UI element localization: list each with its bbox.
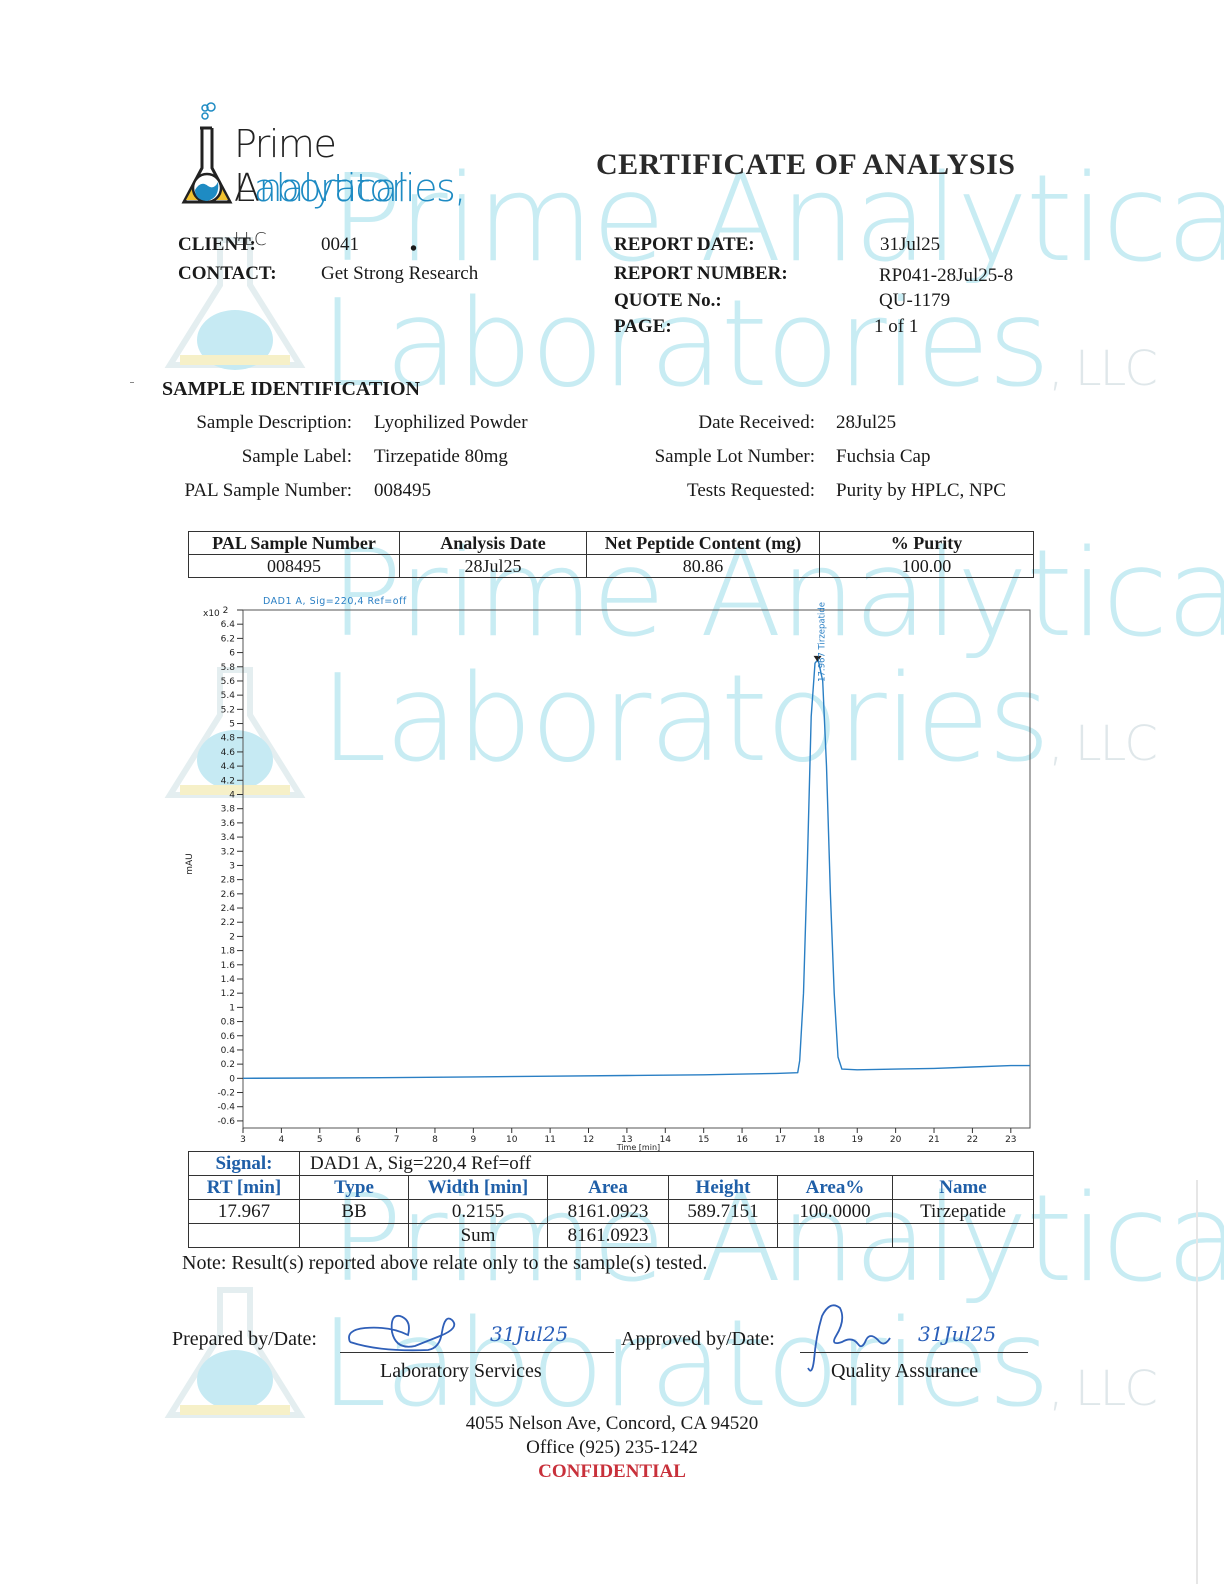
- header-type: Type: [300, 1176, 409, 1200]
- page-value: 1 of 1: [874, 316, 918, 338]
- svg-text:x10 2: x10 2: [203, 606, 228, 619]
- signal-label: Signal:: [189, 1152, 300, 1176]
- svg-text:2.4: 2.4: [221, 904, 236, 914]
- cell-empty: [778, 1224, 893, 1248]
- cell-area-percent: 100.0000: [778, 1200, 893, 1224]
- svg-text:5: 5: [317, 1135, 323, 1145]
- svg-text:11: 11: [544, 1135, 555, 1145]
- svg-text:2.6: 2.6: [221, 890, 236, 900]
- sample-label-value: Tirzepatide 80mg: [374, 446, 508, 468]
- footer-address: 4055 Nelson Ave, Concord, CA 94520: [0, 1413, 1224, 1435]
- svg-text:4: 4: [229, 790, 235, 800]
- header-net-peptide-content: Net Peptide Content (mg): [587, 532, 820, 555]
- contact-value: Get Strong Research: [321, 263, 478, 285]
- cell-rt: 17.967: [189, 1200, 300, 1224]
- results-header-row: RT [min] Type Width [min] Area Height Ar…: [189, 1176, 1034, 1200]
- report-date-value: 31Jul25: [880, 234, 940, 256]
- sample-label-label: Sample Label:: [152, 446, 352, 468]
- svg-text:10: 10: [506, 1135, 518, 1145]
- svg-text:3: 3: [240, 1135, 246, 1145]
- svg-text:0.4: 0.4: [221, 1046, 236, 1056]
- cell-empty: [300, 1224, 409, 1248]
- svg-text:-0.6: -0.6: [217, 1117, 235, 1127]
- svg-text:-0.4: -0.4: [217, 1103, 235, 1113]
- cell-sum-label: Sum: [409, 1224, 548, 1248]
- header-analysis-date: Analysis Date: [400, 532, 587, 555]
- cell-pal-sample-number: 008495: [189, 555, 400, 578]
- sample-description-label: Sample Description:: [152, 412, 352, 434]
- header-name: Name: [893, 1176, 1034, 1200]
- svg-text:4.8: 4.8: [221, 734, 236, 744]
- svg-text:21: 21: [928, 1135, 939, 1145]
- stray-mark: •: [410, 238, 417, 261]
- svg-text:4.4: 4.4: [221, 762, 236, 772]
- svg-text:3.2: 3.2: [221, 847, 235, 857]
- svg-text:4: 4: [279, 1135, 285, 1145]
- results-table: Signal: DAD1 A, Sig=220,4 Ref=off RT [mi…: [188, 1151, 1034, 1248]
- svg-text:7: 7: [394, 1135, 400, 1145]
- cell-empty: [669, 1224, 778, 1248]
- svg-text:8: 8: [432, 1135, 438, 1145]
- results-data-row: 17.967 BB 0.2155 8161.0923 589.7151 100.…: [189, 1200, 1034, 1224]
- client-value: 0041: [321, 234, 359, 256]
- svg-text:1.2: 1.2: [221, 989, 235, 999]
- quote-value: QU-1179: [879, 290, 950, 312]
- svg-text:1.4: 1.4: [221, 975, 236, 985]
- svg-text:4.2: 4.2: [221, 776, 235, 786]
- svg-text:20: 20: [890, 1135, 902, 1145]
- svg-text:4.6: 4.6: [221, 748, 236, 758]
- report-number-label: REPORT NUMBER:: [614, 263, 788, 285]
- svg-text:5: 5: [229, 720, 235, 730]
- svg-text:1.6: 1.6: [221, 961, 236, 971]
- date-received-label: Date Received:: [615, 412, 815, 434]
- footer-phone: Office (925) 235-1242: [0, 1437, 1224, 1459]
- svg-text:5.8: 5.8: [221, 663, 236, 673]
- sample-lot-number-value: Fuchsia Cap: [836, 446, 930, 468]
- svg-text:0.2: 0.2: [221, 1060, 235, 1070]
- signal-value: DAD1 A, Sig=220,4 Ref=off: [300, 1152, 1034, 1176]
- svg-text:5.4: 5.4: [221, 691, 236, 701]
- svg-text:5.2: 5.2: [221, 705, 235, 715]
- svg-text:-0.2: -0.2: [217, 1089, 235, 1099]
- prepared-date: 31Jul25: [490, 1322, 568, 1346]
- results-sum-row: Sum 8161.0923: [189, 1224, 1034, 1248]
- svg-text:23: 23: [1005, 1135, 1016, 1145]
- svg-text:17.967 Tirzepatide: 17.967 Tirzepatide: [818, 602, 828, 682]
- svg-text:3.8: 3.8: [221, 805, 236, 815]
- sample-lot-number-label: Sample Lot Number:: [615, 446, 815, 468]
- svg-text:12: 12: [583, 1135, 594, 1145]
- signal-row: Signal: DAD1 A, Sig=220,4 Ref=off: [189, 1152, 1034, 1176]
- document-title: CERTIFICATE OF ANALYSIS: [596, 148, 1015, 182]
- svg-text:3: 3: [229, 861, 235, 871]
- cell-width: 0.2155: [409, 1200, 548, 1224]
- contact-label: CONTACT:: [178, 263, 277, 285]
- svg-text:22: 22: [967, 1135, 978, 1145]
- svg-text:16: 16: [736, 1135, 748, 1145]
- date-received-value: 28Jul25: [836, 412, 896, 434]
- report-number-value: RP041-28Jul25-8: [879, 265, 1013, 287]
- header-width: Width [min]: [409, 1176, 548, 1200]
- cell-name: Tirzepatide: [893, 1200, 1034, 1224]
- summary-data-row: 008495 28Jul25 80.86 100.00: [189, 555, 1034, 578]
- sample-identification-title: SAMPLE IDENTIFICATION: [162, 378, 420, 401]
- pal-sample-number-value: 008495: [374, 480, 431, 502]
- svg-text:3.4: 3.4: [221, 833, 236, 843]
- header-area-percent: Area%: [778, 1176, 893, 1200]
- svg-text:0.6: 0.6: [221, 1032, 236, 1042]
- cell-empty: [893, 1224, 1034, 1248]
- svg-text:0: 0: [229, 1074, 235, 1084]
- header-rt: RT [min]: [189, 1176, 300, 1200]
- quote-label: QUOTE No.:: [614, 290, 722, 312]
- svg-text:2: 2: [229, 932, 235, 942]
- svg-text:6.4: 6.4: [221, 620, 236, 630]
- client-label: CLIENT:: [178, 234, 256, 256]
- svg-text:15: 15: [698, 1135, 709, 1145]
- header-pal-sample-number: PAL Sample Number: [189, 532, 400, 555]
- report-date-label: REPORT DATE:: [614, 234, 755, 256]
- svg-text:6.2: 6.2: [221, 634, 235, 644]
- hplc-chromatogram: DAD1 A, Sig=220,4 Ref=offx10 26.46.265.8…: [170, 590, 1050, 1155]
- watermark-line2: Laboratories, LLC: [320, 275, 1156, 414]
- approved-department: Quality Assurance: [831, 1360, 978, 1383]
- approved-date: 31Jul25: [918, 1322, 996, 1346]
- cell-purity: 100.00: [820, 555, 1034, 578]
- cell-empty: [189, 1224, 300, 1248]
- approved-by-label: Approved by/Date:: [621, 1328, 775, 1351]
- prepared-signature-icon: [340, 1310, 490, 1355]
- margin-mark: [130, 382, 134, 383]
- svg-text:1: 1: [229, 1003, 235, 1013]
- svg-text:14: 14: [660, 1135, 672, 1145]
- tests-requested-label: Tests Requested:: [615, 480, 815, 502]
- cell-sum-value: 8161.0923: [548, 1224, 669, 1248]
- scan-edge: [1196, 1180, 1198, 1584]
- prepared-department: Laboratory Services: [380, 1360, 542, 1383]
- svg-text:18: 18: [813, 1135, 825, 1145]
- sample-description-value: Lyophilized Powder: [374, 412, 528, 434]
- svg-text:5.6: 5.6: [221, 677, 236, 687]
- confidential-label: CONFIDENTIAL: [0, 1461, 1224, 1483]
- svg-text:6: 6: [355, 1135, 361, 1145]
- page-label: PAGE:: [614, 316, 672, 338]
- header-height: Height: [669, 1176, 778, 1200]
- svg-text:DAD1 A, Sig=220,4 Ref=off: DAD1 A, Sig=220,4 Ref=off: [263, 596, 407, 607]
- summary-table: PAL Sample Number Analysis Date Net Pept…: [188, 531, 1034, 578]
- svg-text:3.6: 3.6: [221, 819, 236, 829]
- svg-text:2.8: 2.8: [221, 876, 236, 886]
- svg-text:9: 9: [470, 1135, 476, 1145]
- svg-text:1.8: 1.8: [221, 947, 236, 957]
- svg-text:19: 19: [852, 1135, 864, 1145]
- summary-header-row: PAL Sample Number Analysis Date Net Pept…: [189, 532, 1034, 555]
- svg-text:17: 17: [775, 1135, 786, 1145]
- pal-sample-number-label: PAL Sample Number:: [152, 480, 352, 502]
- tests-requested-value: Purity by HPLC, NPC: [836, 480, 1006, 502]
- svg-text:0.8: 0.8: [221, 1018, 236, 1028]
- flask-icon: [178, 102, 236, 214]
- header-purity: % Purity: [820, 532, 1034, 555]
- watermark-flask-icon: [150, 1280, 320, 1430]
- results-note: Note: Result(s) reported above relate on…: [182, 1252, 707, 1275]
- cell-analysis-date: 28Jul25: [400, 555, 587, 578]
- svg-text:mAU: mAU: [185, 853, 195, 875]
- cell-net-peptide-content: 80.86: [587, 555, 820, 578]
- company-logo: Prime Analytical Laboratories, LLC: [178, 102, 478, 217]
- prepared-by-label: Prepared by/Date:: [172, 1328, 317, 1351]
- cell-area: 8161.0923: [548, 1200, 669, 1224]
- cell-height: 589.7151: [669, 1200, 778, 1224]
- header-area: Area: [548, 1176, 669, 1200]
- svg-text:6: 6: [229, 649, 235, 659]
- svg-text:2.2: 2.2: [221, 918, 235, 928]
- cell-type: BB: [300, 1200, 409, 1224]
